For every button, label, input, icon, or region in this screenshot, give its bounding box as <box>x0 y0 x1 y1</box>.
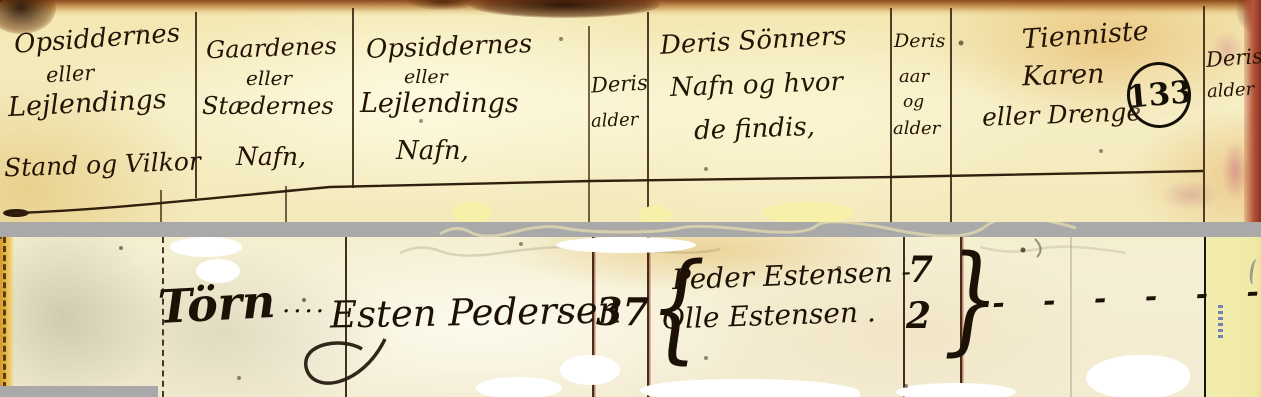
ghost-writing <box>0 222 1261 237</box>
white-out-blob <box>762 202 854 222</box>
farm-name: Törn <box>157 274 277 334</box>
column-header: eller <box>246 66 292 90</box>
scan-divider-band <box>0 222 1261 237</box>
son-age: 7 <box>908 249 933 291</box>
son-age: 2 <box>906 295 931 337</box>
column-header: Gaardenes <box>206 32 338 65</box>
paper-specks <box>0 237 2 239</box>
white-out-blob <box>1086 355 1190 397</box>
adjacent-page-edge <box>1204 237 1261 397</box>
header-strip: Opsiddernes eller Lejlendings Stand og V… <box>0 0 1261 222</box>
white-out-blob <box>476 377 562 397</box>
column-header: Lejlendings <box>360 88 519 119</box>
column-header: Nafn, <box>236 142 306 171</box>
column-header: Karen <box>1021 59 1105 93</box>
record-strip: Törn .... Esten Pedersen .. 37 { Peder E… <box>0 237 1261 397</box>
column-header: Deris <box>1205 44 1261 72</box>
page-number: 133 <box>1125 74 1193 116</box>
white-out-blob <box>560 355 620 385</box>
column-header: Deris <box>590 71 648 98</box>
column-header: Stædernes <box>202 92 334 120</box>
column-header: og <box>903 92 924 112</box>
census-document-scan: Opsiddernes eller Lejlendings Stand og V… <box>0 0 1261 397</box>
column-header: aar <box>899 66 929 87</box>
column-header: alder <box>1206 79 1254 102</box>
column-header: alder <box>893 118 940 139</box>
column-header: Nafn, <box>396 136 469 166</box>
white-out-blob <box>170 237 242 257</box>
occupant-age: 37 <box>596 289 649 334</box>
white-out-blob <box>638 206 672 222</box>
column-header: eller <box>45 61 95 87</box>
column-header: de findis, <box>694 112 816 146</box>
leader-dots: .. <box>556 295 581 325</box>
white-out-blob <box>452 202 492 222</box>
column-header: eller Drenge <box>982 97 1142 132</box>
column-header: eller <box>404 66 448 88</box>
column-header: alder <box>591 109 639 132</box>
white-out-blob <box>896 383 1016 397</box>
scan-edge-gray <box>0 386 158 397</box>
column-header: Deris <box>894 30 945 52</box>
leader-dots: .... <box>282 289 327 319</box>
column-header: Opsiddernes <box>366 29 533 65</box>
column-header: Nafn og hvor <box>670 67 844 103</box>
